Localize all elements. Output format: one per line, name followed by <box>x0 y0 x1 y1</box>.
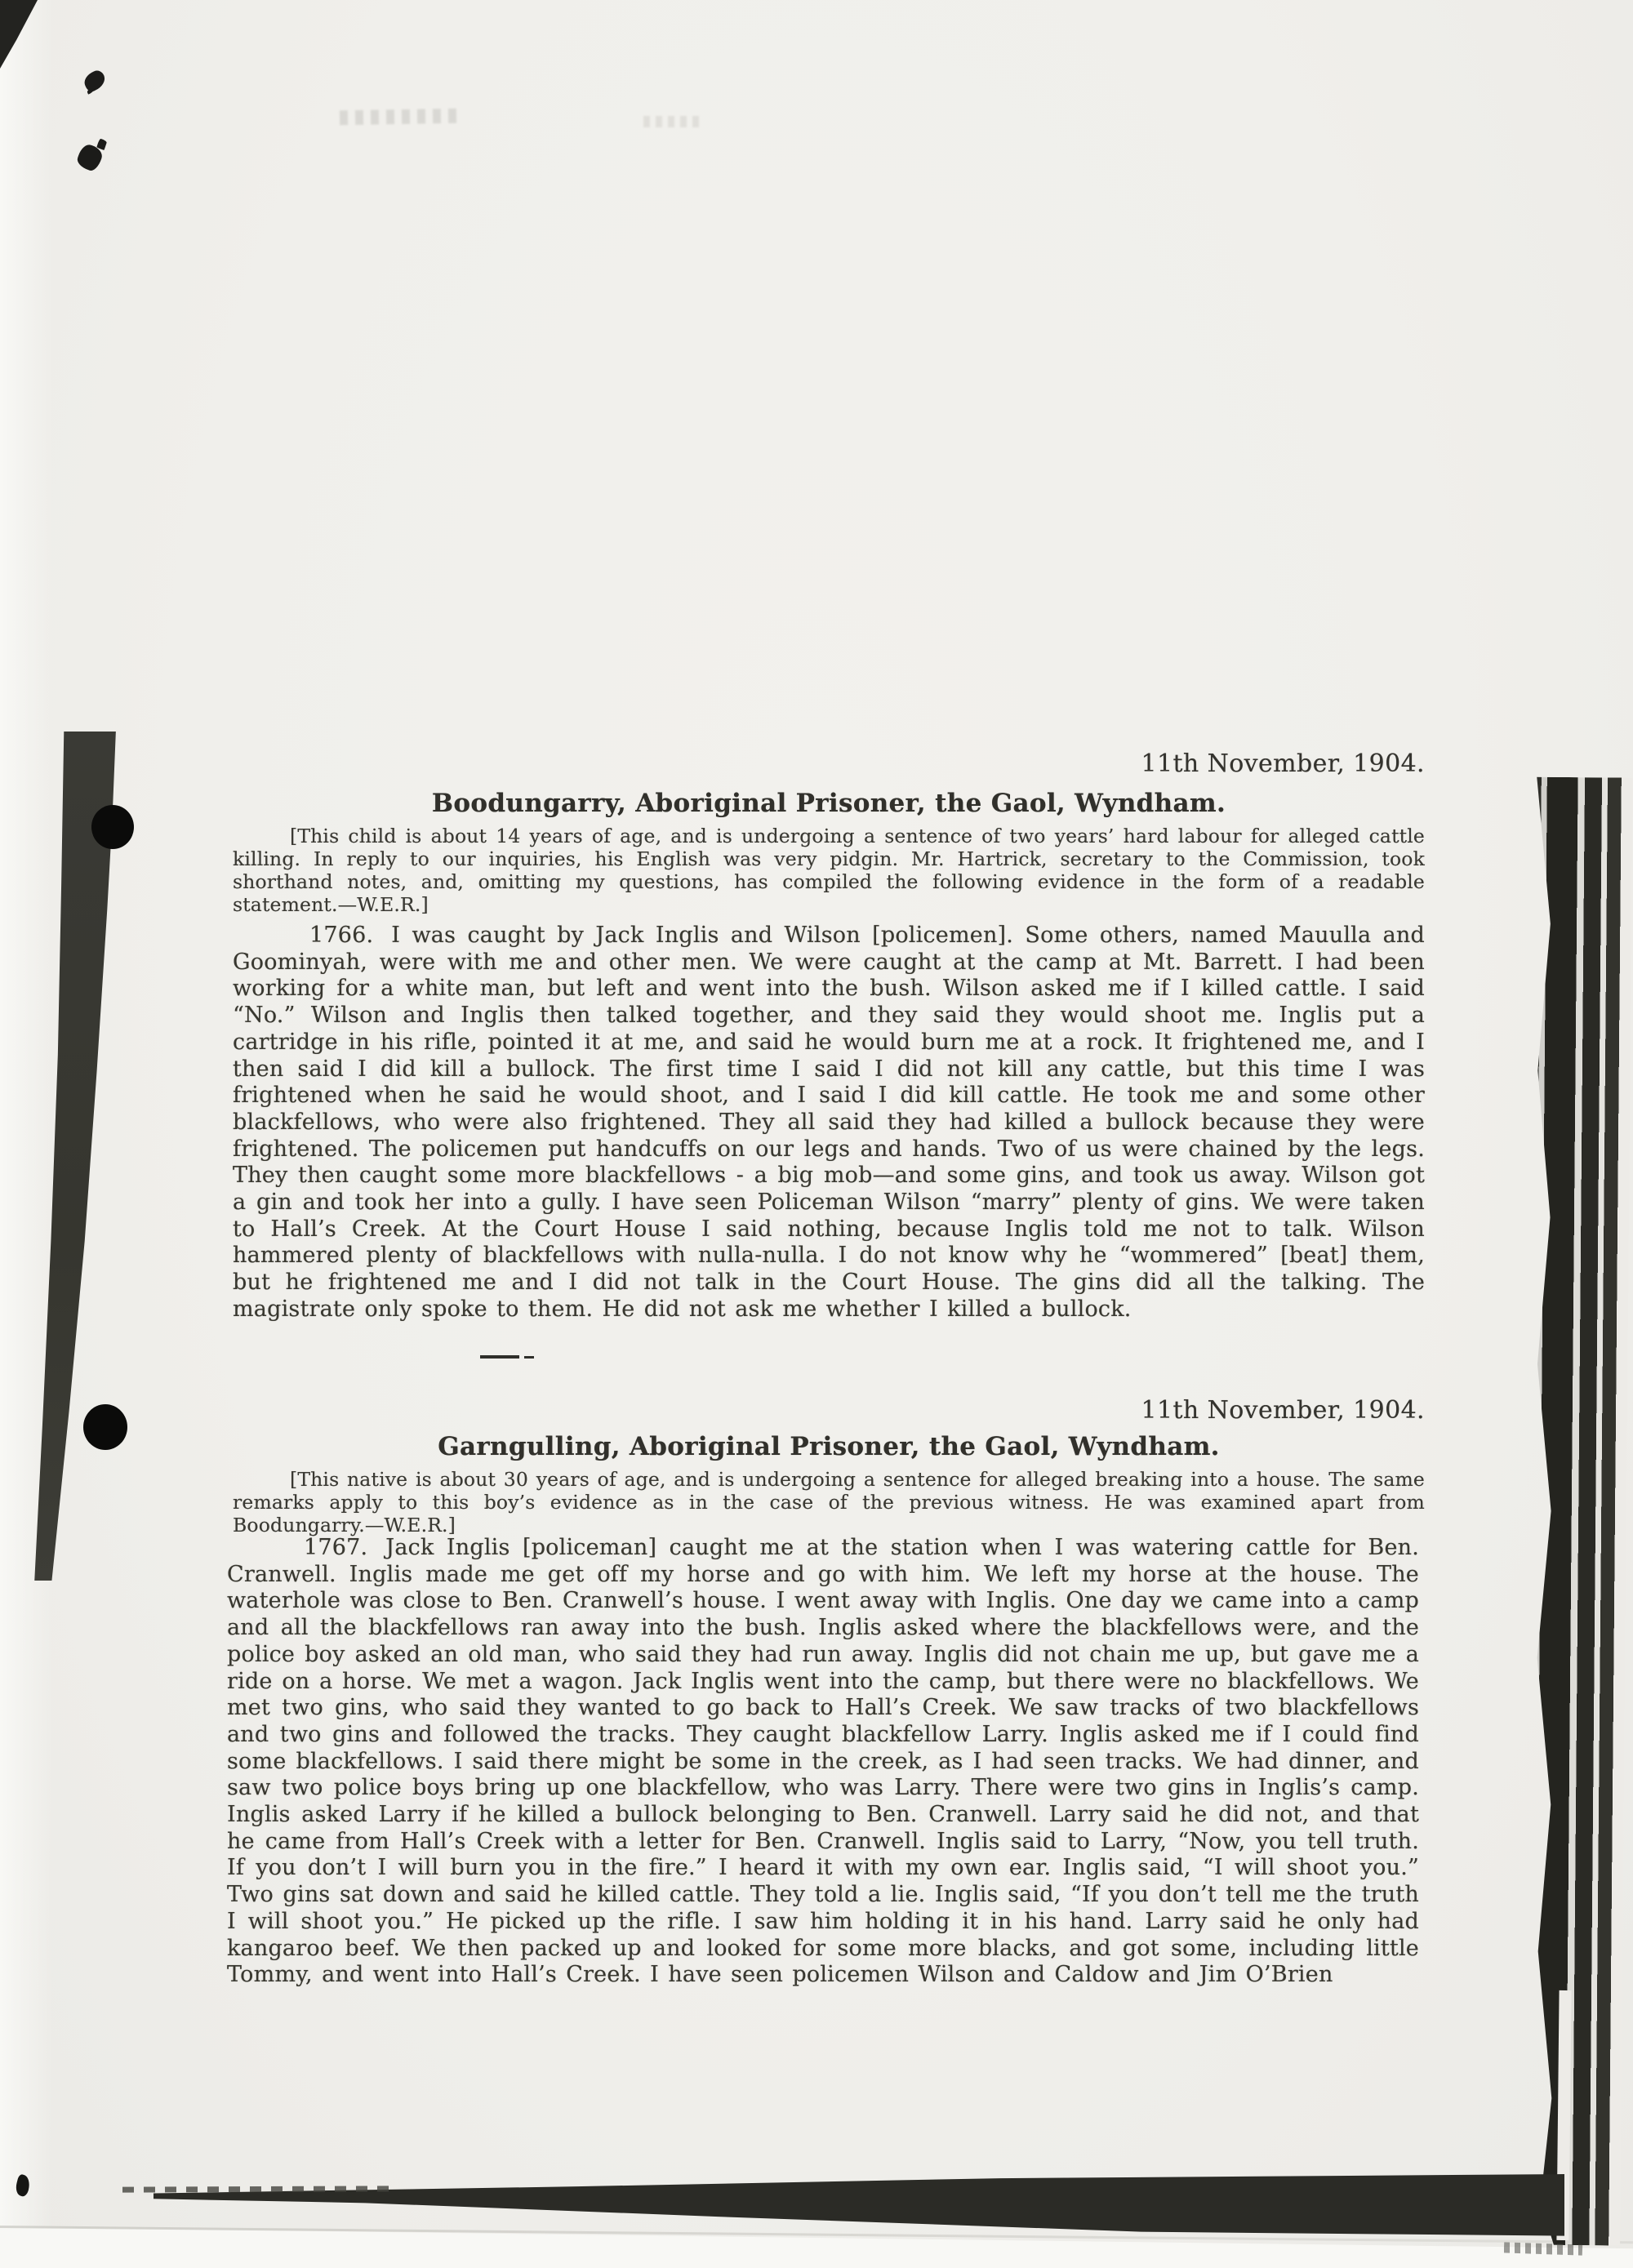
date-line-2: 11th November, 1904. <box>233 1396 1438 1425</box>
paragraph-number-1766: 1766. <box>309 923 373 948</box>
testimony-paragraph-1766: 1766.I was caught by Jack Inglis and Wil… <box>233 923 1425 1323</box>
punch-hole-bottom <box>83 1404 127 1450</box>
section-divider-rule <box>480 1355 519 1359</box>
testimony-paragraph-1767: 1767.Jack Inglis [policeman] caught me a… <box>227 1535 1419 1989</box>
paragraph-number-1767: 1767. <box>304 1535 367 1560</box>
editor-note-1: [This child is about 14 years of age, an… <box>233 825 1425 916</box>
testimony-heading-2: Garngulling, Aboriginal Prisoner, the Ga… <box>233 1432 1425 1461</box>
punch-hole-top <box>91 805 134 849</box>
paper-left-edge-shading <box>0 0 52 2268</box>
date-line-1: 11th November, 1904. <box>233 749 1438 778</box>
faint-smudge-1 <box>340 109 462 126</box>
scanned-document-page: 11th November, 1904. Boodungarry, Aborig… <box>0 0 1633 2268</box>
bottom-dashed-streak <box>122 2186 392 2192</box>
paragraph-text-1767: Jack Inglis [policeman] caught me at the… <box>227 1535 1419 1987</box>
paragraph-text-1766: I was caught by Jack Inglis and Wilson [… <box>233 923 1425 1322</box>
ink-blot-top-left-2 <box>75 142 105 172</box>
faint-smudge-2 <box>643 116 704 127</box>
testimony-heading-1: Boodungarry, Aboriginal Prisoner, the Ga… <box>233 789 1425 818</box>
editor-note-2: [This native is about 30 years of age, a… <box>233 1468 1425 1536</box>
ink-blot-top-left-1 <box>82 69 109 94</box>
